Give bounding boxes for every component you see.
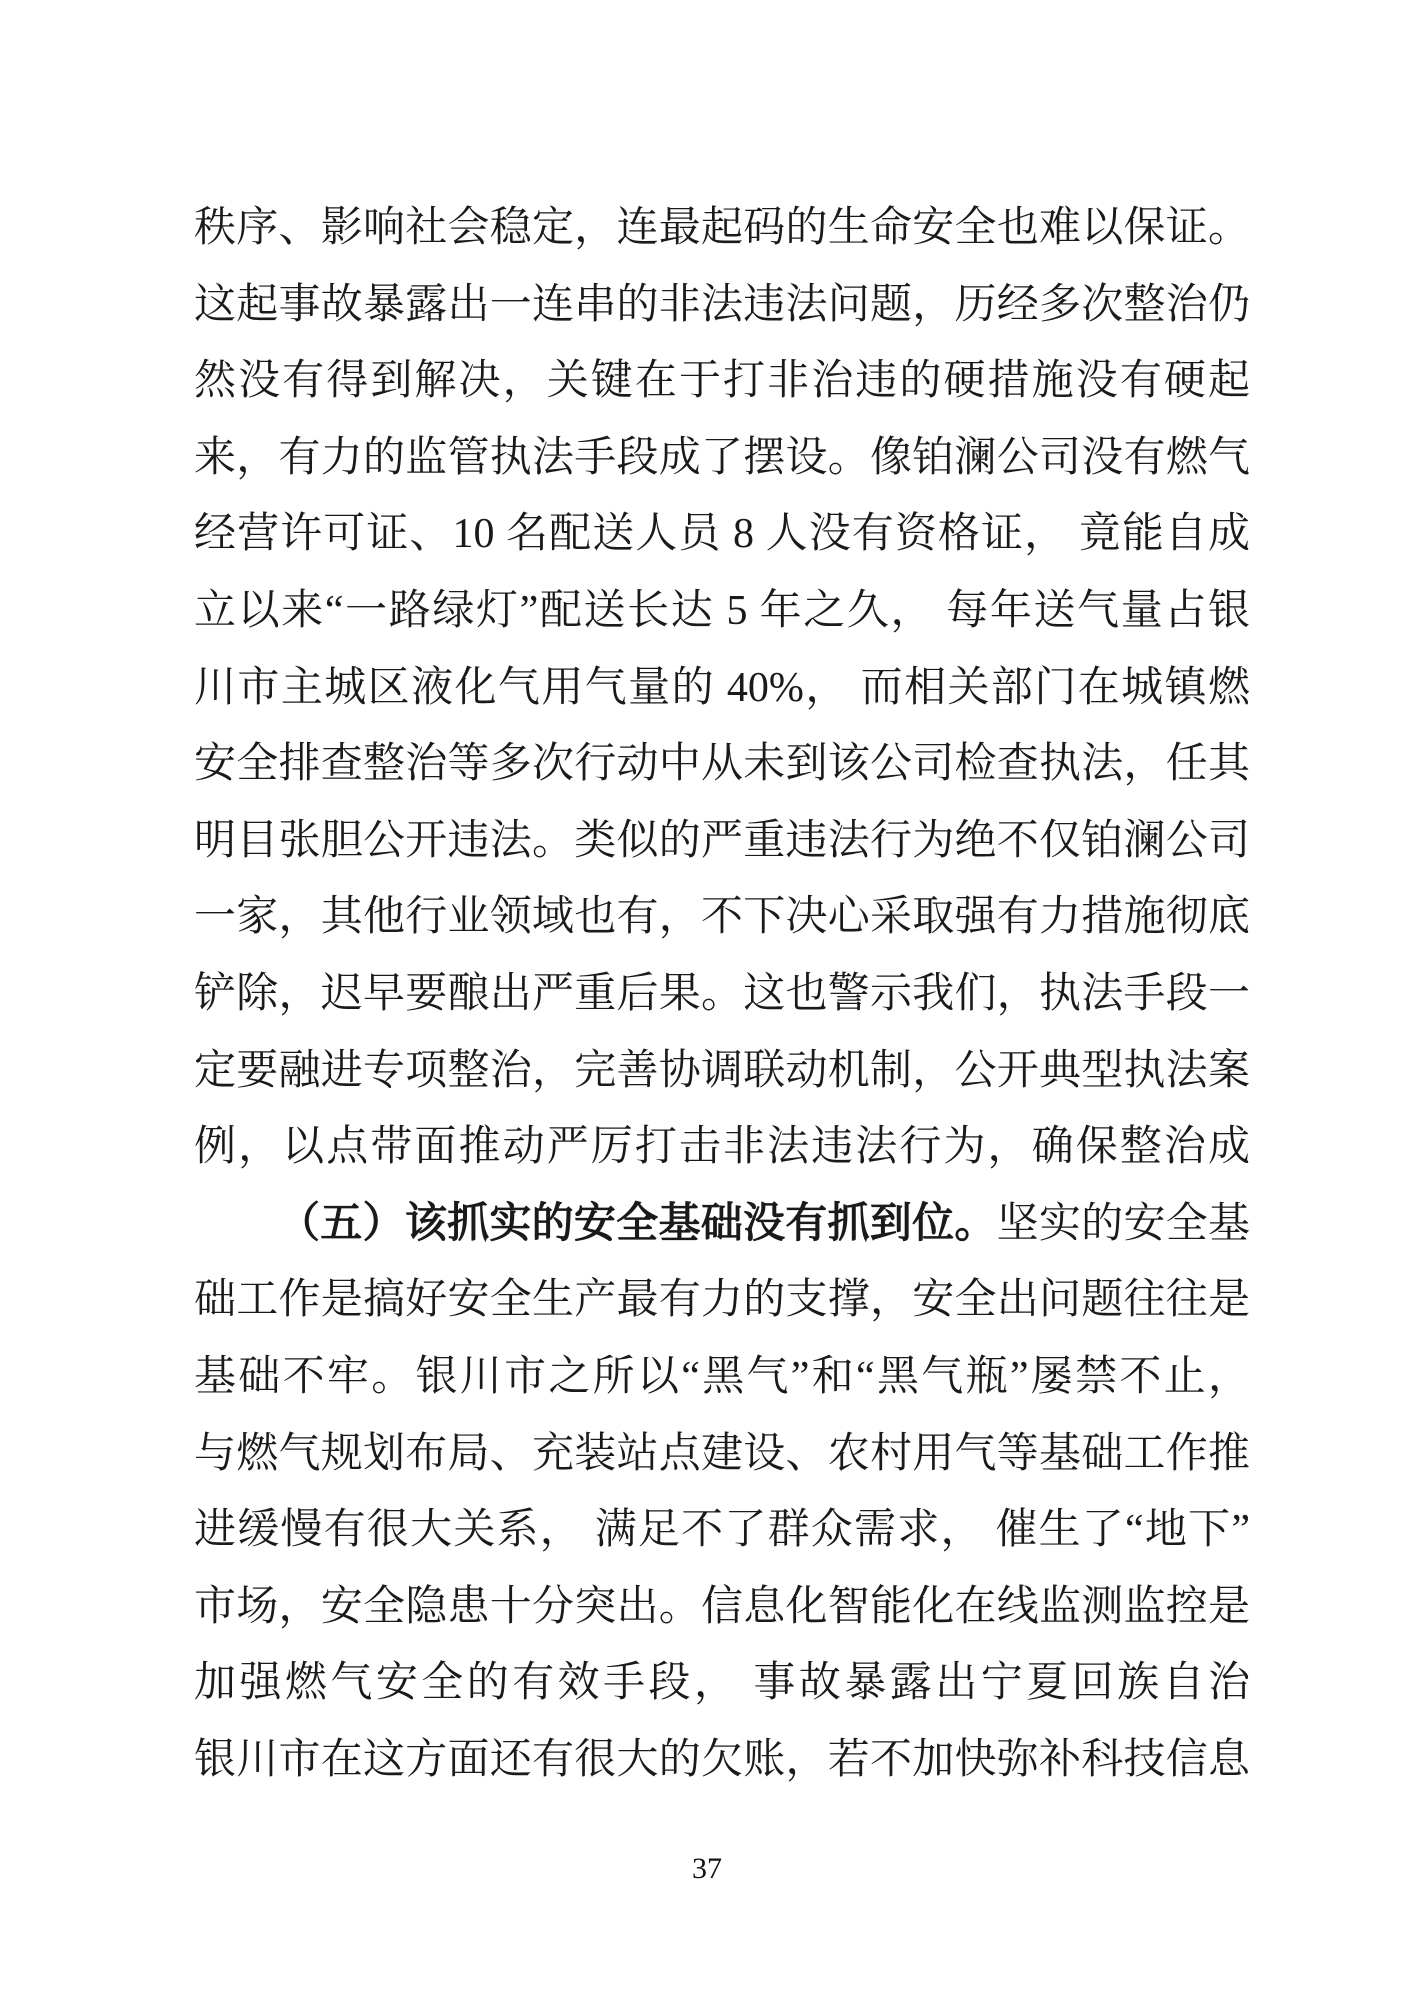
- text-segment: 来，有力的监管执法手段成了摆设。像铂澜公司没有燃气: [194, 435, 1250, 481]
- text-line: 市场，安全隐患十分突出。信息化智能化在线监测监控是: [194, 1569, 1250, 1646]
- text-segment: 坚实的安全基: [997, 1201, 1250, 1247]
- text-segment: 安全排查整治等多次行动中从未到该公司检查执法，任其: [194, 741, 1250, 787]
- text-line: 然没有得到解决，关键在于打非治违的硬措施没有硬起: [194, 343, 1250, 420]
- text-line: 铲除，迟早要酿出严重后果。这也警示我们，执法手段一: [194, 956, 1250, 1033]
- text-segment: 与燃气规划布局、充装站点建设、农村用气等基础工作推: [194, 1431, 1250, 1477]
- text-segment: 明目张胆公开违法。类似的严重违法行为绝不仅铂澜公司: [194, 818, 1250, 864]
- text-segment: 市场，安全隐患十分突出。信息化智能化在线监测监控是: [194, 1584, 1250, 1630]
- text-segment: 进缓慢有很大关系， 满足不了群众需求， 催生了“地下”: [194, 1507, 1250, 1553]
- text-segment: 经营许可证、10 名配送人员 8 人没有资格证， 竟能自成: [194, 511, 1250, 557]
- text-line: 进缓慢有很大关系， 满足不了群众需求， 催生了“地下”: [194, 1492, 1250, 1569]
- text-segment: 铲除，迟早要酿出严重后果。这也警示我们，执法手段一: [194, 971, 1250, 1017]
- text-segment: 银川市在这方面还有很大的欠账，若不加快弥补科技信息: [194, 1737, 1250, 1783]
- text-segment: 川市主城区液化气用气量的 40%， 而相关部门在城镇燃气: [194, 665, 1250, 727]
- text-line: 秩序、影响社会稳定，连最起码的生命安全也难以保证。: [194, 190, 1250, 267]
- section-heading-segment: （五）该抓实的安全基础没有抓到位。: [278, 1201, 997, 1247]
- text-line: 基础不牢。银川市之所以“黑气”和“黑气瓶”屡禁不止，: [194, 1339, 1250, 1416]
- text-line: 一家，其他行业领域也有，不下决心采取强有力措施彻底: [194, 879, 1250, 956]
- text-segment: 加强燃气安全的有效手段， 事故暴露出宁夏回族自治区、: [194, 1660, 1250, 1722]
- text-line: 立以来“一路绿灯”配送长达 5 年之久， 每年送气量占银: [194, 573, 1250, 650]
- text-line: （五）该抓实的安全基础没有抓到位。坚实的安全基: [194, 1186, 1250, 1263]
- text-block: 秩序、影响社会稳定，连最起码的生命安全也难以保证。这起事故暴露出一连串的非法违法…: [194, 190, 1250, 1798]
- text-line: 经营许可证、10 名配送人员 8 人没有资格证， 竟能自成: [194, 496, 1250, 573]
- text-line: 例，以点带面推动严厉打击非法违法行为，确保整治成效。: [194, 1109, 1250, 1186]
- text-segment: 础工作是搞好安全生产最有力的支撑，安全出问题往往是: [194, 1277, 1250, 1323]
- text-line: 这起事故暴露出一连串的非法违法问题，历经多次整治仍: [194, 267, 1250, 344]
- text-segment: 基础不牢。银川市之所以“黑气”和“黑气瓶”屡禁不止，: [194, 1354, 1250, 1400]
- text-line: 础工作是搞好安全生产最有力的支撑，安全出问题往往是: [194, 1262, 1250, 1339]
- text-line: 川市主城区液化气用气量的 40%， 而相关部门在城镇燃气: [194, 650, 1250, 727]
- text-line: 来，有力的监管执法手段成了摆设。像铂澜公司没有燃气: [194, 420, 1250, 497]
- text-line: 与燃气规划布局、充装站点建设、农村用气等基础工作推: [194, 1416, 1250, 1493]
- document-page: 秩序、影响社会稳定，连最起码的生命安全也难以保证。这起事故暴露出一连串的非法违法…: [0, 0, 1414, 2000]
- page-number: 37: [0, 1852, 1414, 1886]
- text-line: 加强燃气安全的有效手段， 事故暴露出宁夏回族自治区、: [194, 1645, 1250, 1722]
- text-segment: 立以来“一路绿灯”配送长达 5 年之久， 每年送气量占银: [194, 588, 1250, 634]
- text-segment: 例，以点带面推动严厉打击非法违法行为，确保整治成效。: [194, 1124, 1250, 1186]
- text-segment: 秩序、影响社会稳定，连最起码的生命安全也难以保证。: [194, 205, 1250, 251]
- text-segment: 这起事故暴露出一连串的非法违法问题，历经多次整治仍: [194, 282, 1250, 328]
- text-segment: 一家，其他行业领域也有，不下决心采取强有力措施彻底: [194, 894, 1250, 940]
- text-segment: 定要融进专项整治，完善协调联动机制，公开典型执法案: [194, 1048, 1250, 1094]
- text-segment: 然没有得到解决，关键在于打非治违的硬措施没有硬起: [194, 358, 1250, 404]
- text-line: 银川市在这方面还有很大的欠账，若不加快弥补科技信息: [194, 1722, 1250, 1799]
- text-line: 明目张胆公开违法。类似的严重违法行为绝不仅铂澜公司: [194, 803, 1250, 880]
- text-line: 定要融进专项整治，完善协调联动机制，公开典型执法案: [194, 1033, 1250, 1110]
- text-line: 安全排查整治等多次行动中从未到该公司检查执法，任其: [194, 726, 1250, 803]
